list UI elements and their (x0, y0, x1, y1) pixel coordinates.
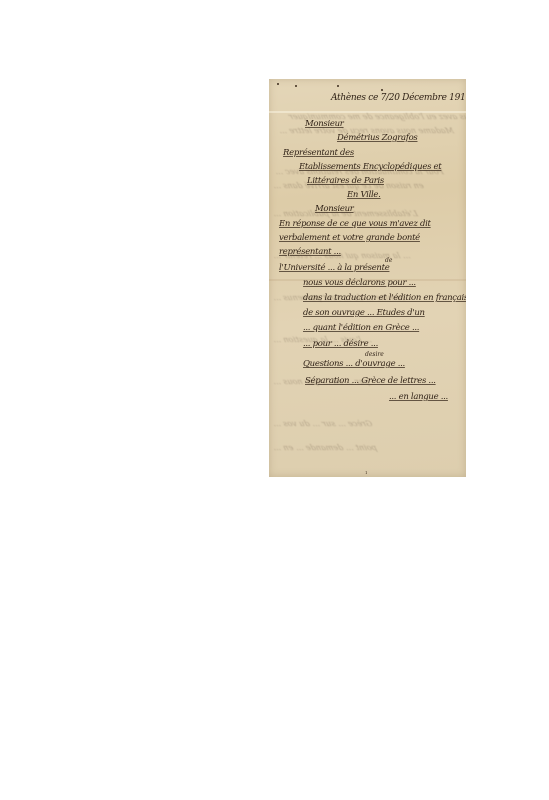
letter-line: ... pour ... désire ... (303, 339, 378, 349)
letter-line: ... en langue ... (389, 392, 448, 402)
ink-spot (295, 85, 297, 87)
letter-line: verbalement et votre grande bonté (279, 233, 420, 243)
bleed-through-text: point ... demande ... en ... (272, 443, 379, 452)
letter-line: l'Université ... à la présente (279, 263, 389, 273)
letter-line: Etablissements Encyclopédiques et (299, 162, 441, 172)
letter-line: Monsieur (305, 119, 344, 129)
letter-line: Séparation ... Grèce de lettres ... (305, 376, 436, 386)
letter-line: Questions ... d'ouvrage ... (303, 359, 405, 369)
letter-line: ... quant l'édition en Grèce ... (303, 323, 419, 333)
letter-line: En Ville. (347, 190, 381, 200)
ink-spot (337, 85, 339, 87)
ink-spot (277, 83, 279, 85)
letter-dateline: Athènes ce 7/20 Décembre 1910 (331, 93, 466, 103)
bleed-through-text: Grèce ... sur ... du vos ... (272, 419, 374, 428)
letter-line: nous vous déclarons pour ... (303, 278, 416, 288)
page-number: 1 (365, 470, 368, 475)
interlinear-insertion: desire (365, 351, 384, 358)
letter-line: de son ouvrage ... Etudes d'un (303, 308, 425, 318)
letter-line: Littéraires de Paris (307, 176, 384, 186)
letter-line: Monsieur (315, 204, 354, 214)
ink-spot (381, 89, 383, 91)
letter-line: Représentant des (283, 148, 354, 158)
letter-line: Démétrius Zografos (337, 133, 418, 143)
handwritten-letter-scan: Vous avez eu l'obligeance de me communiq… (269, 79, 466, 477)
letter-line: représentant ... (279, 247, 341, 257)
letter-line: dans la traduction et l'édition en franç… (303, 293, 466, 303)
letter-line: En réponse de ce que vous m'avez dit (279, 219, 431, 229)
